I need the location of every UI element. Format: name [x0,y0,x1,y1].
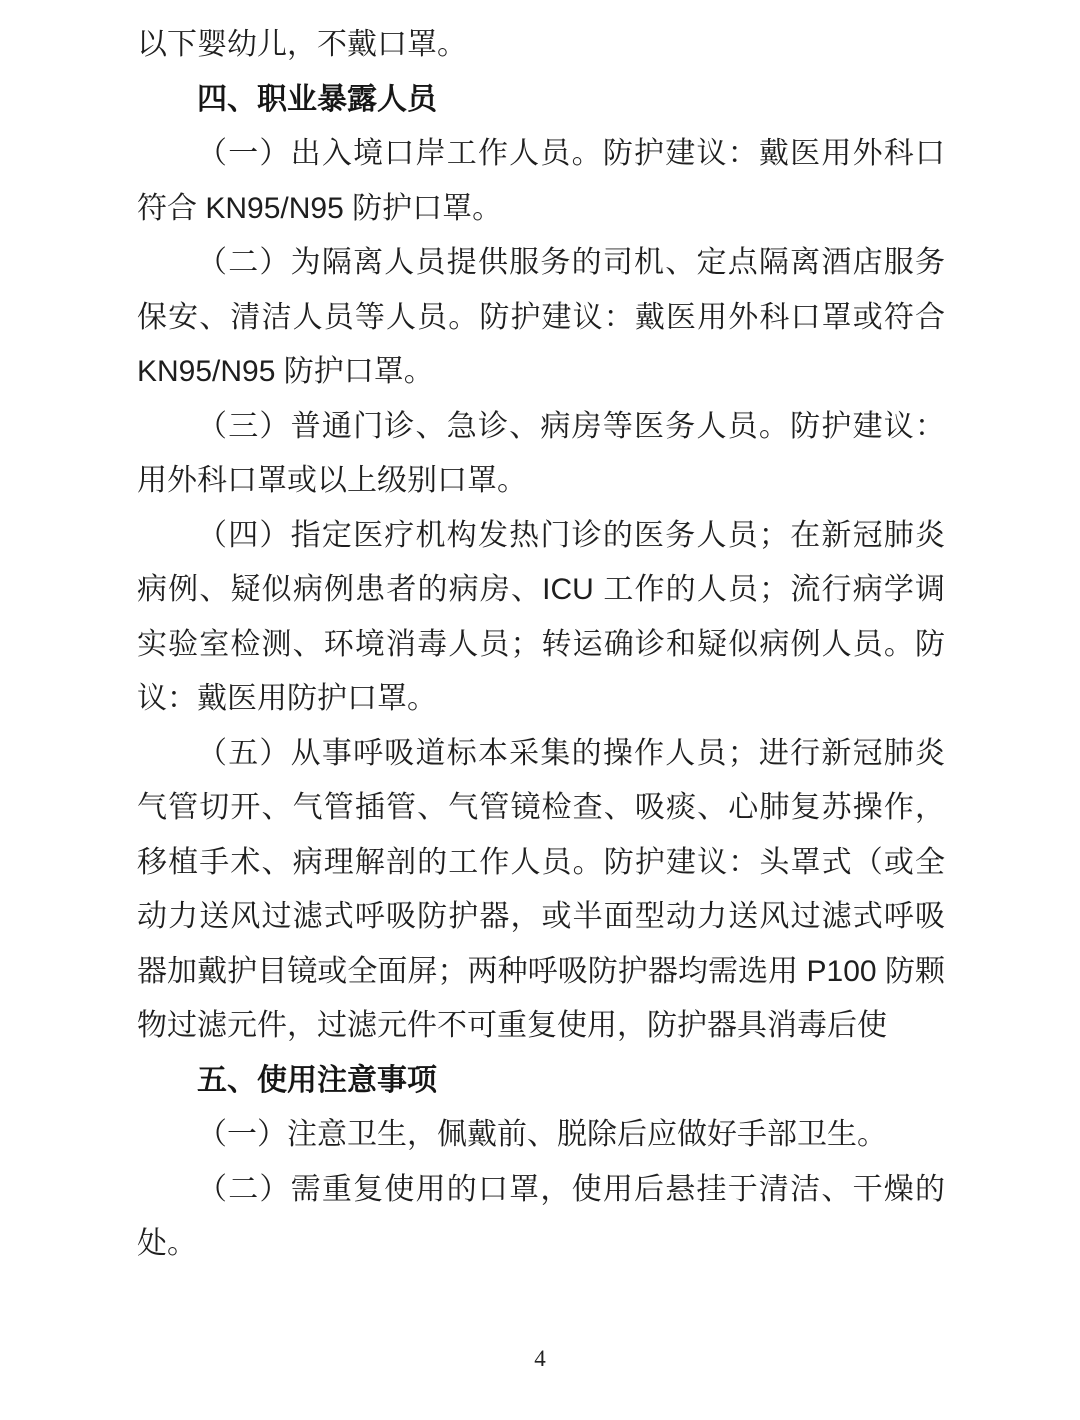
body-line: （五）从事呼吸道标本采集的操作人员；进行新冠肺炎患者 [137,727,945,782]
body-line: （二）为隔离人员提供服务的司机、定点隔离酒店服务人员、 [137,236,945,291]
body-line: 动力送风过滤式呼吸防护器，或半面型动力送风过滤式呼吸防护 [137,890,945,945]
document-page: 以下婴幼儿，不戴口罩。 四、职业暴露人员 （一）出入境口岸工作人员。防护建议：戴… [0,0,1080,1420]
body-line: 处。 [137,1217,945,1272]
body-line: KN95/N95 防护口罩。 [137,345,945,400]
body-line: 病例、疑似病例患者的病房、ICU 工作的人员；流行病学调查、 [137,563,945,618]
body-line: （二）需重复使用的口罩，使用后悬挂于清洁、干燥的通风 [137,1163,945,1218]
page-number: 4 [0,1346,1080,1372]
body-line: 以下婴幼儿，不戴口罩。 [137,18,945,73]
body-line: 符合 KN95/N95 防护口罩。 [137,182,945,237]
section-heading-4: 四、职业暴露人员 [137,73,945,128]
document-body: 以下婴幼儿，不戴口罩。 四、职业暴露人员 （一）出入境口岸工作人员。防护建议：戴… [137,18,945,1272]
body-line: 保安、清洁人员等人员。防护建议：戴医用外科口罩或符合 [137,291,945,346]
section-heading-5: 五、使用注意事项 [137,1054,945,1109]
body-line: （一）注意卫生，佩戴前、脱除后应做好手部卫生。 [137,1108,945,1163]
body-line: 用外科口罩或以上级别口罩。 [137,454,945,509]
body-line: 议：戴医用防护口罩。 [137,672,945,727]
body-line: 实验室检测、环境消毒人员；转运确诊和疑似病例人员。防护建 [137,618,945,673]
body-line: （三）普通门诊、急诊、病房等医务人员。防护建议：戴医 [137,400,945,455]
body-line: 物过滤元件，过滤元件不可重复使用，防护器具消毒后使用。 [137,999,945,1054]
body-line: 器加戴护目镜或全面屏；两种呼吸防护器均需选用 P100 防颗粒 [137,945,945,1000]
body-line: 气管切开、气管插管、气管镜检查、吸痰、心肺复苏操作，或肺 [137,781,945,836]
body-line: （一）出入境口岸工作人员。防护建议：戴医用外科口罩或 [137,127,945,182]
body-line: （四）指定医疗机构发热门诊的医务人员；在新冠肺炎确诊 [137,509,945,564]
body-line: 移植手术、病理解剖的工作人员。防护建议：头罩式（或全面型） [137,836,945,891]
